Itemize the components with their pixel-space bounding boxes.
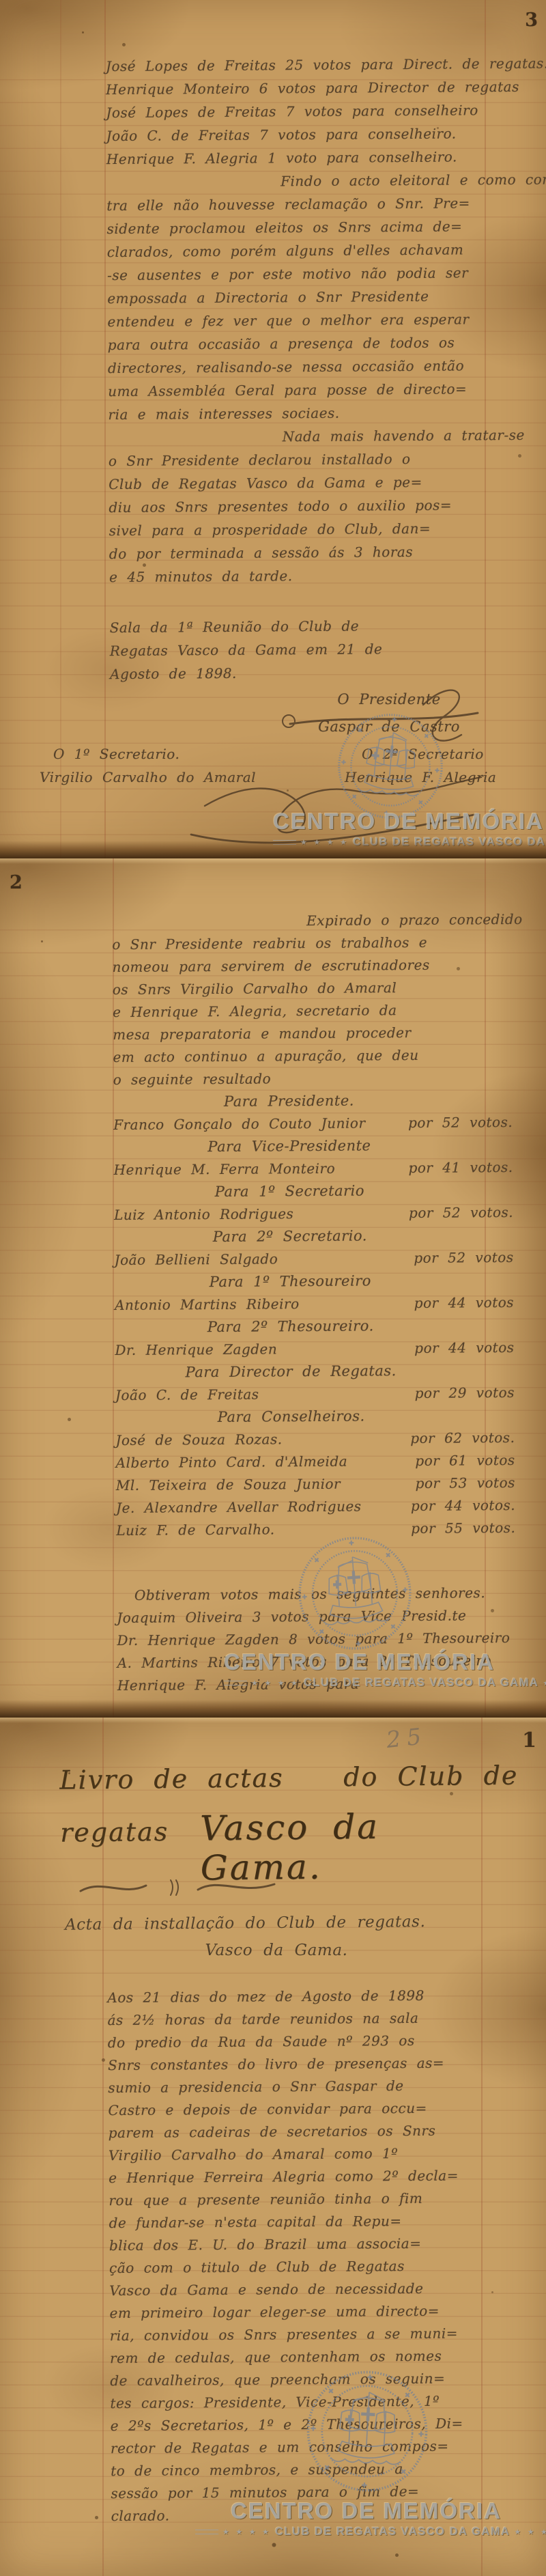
page-1: 25 1 Livro de actas do Club de regatas V… [0,1718,546,2576]
manuscript-line: Para 2º Secretario. [114,1224,513,1249]
manuscript-line: ção com o titulo de Club de Regatas [109,2254,519,2280]
manuscript-line: o seguinte resultado [113,1066,513,1091]
manuscript-line: e 45 minutos da tarde. [109,563,519,589]
watermark-stars-left: ★ ★ ★ ★ [222,2528,271,2536]
manuscript-line: para outra occasião a presença de todos … [108,331,517,356]
watermark-stars-left: ★ ★ ★ ★ [251,1679,300,1688]
manuscript-line: directores, realisando-se nessa occasião… [108,354,517,380]
manuscript-line: Ml. Teixeira de Souza Juniorpor 53 votos [116,1472,515,1497]
manuscript-line: e Henrique F. Alegria, secretario da [113,998,512,1024]
manuscript-line: Henrique M. Ferra Monteiropor 41 votos. [114,1156,513,1181]
paper-specks [41,940,43,942]
book-title-part1: Livro de actas [59,1763,284,1795]
page-bottom-edge [0,841,546,858]
vote-count: por 52 votos. [408,1111,513,1134]
manuscript-line: João C. de Freitaspor 29 votos [115,1382,515,1407]
vote-count: por 55 votos. [411,1517,515,1540]
manuscript-line: em acto continuo a apuração, que deu [113,1044,512,1069]
club-seal-stamp [331,707,449,825]
manuscript-line: Luiz Antonio Rodriguespor 52 votos. [114,1201,513,1227]
vote-count: por 53 votos [415,1472,515,1495]
vote-count: por 41 votos. [408,1156,513,1179]
manuscript-line: Expirado o prazo concedido [112,908,511,934]
watermark-subtitle: CLUB DE REGATAS VASCO DA GAMA [304,1677,538,1690]
manuscript-line: empossada a Directoria o Snr Presidente [107,284,517,310]
manuscript-line: Club de Regatas Vasco da Gama e pe= [109,470,518,496]
watermark-title: CENTRO DE MEMÓRIA [273,809,541,835]
pencil-annotation: 25 [385,1722,429,1753]
manuscript-line: José Lopes de Freitas 25 votos para Dire… [106,52,515,78]
manuscript-line: João Bellieni Salgadopor 52 votos [114,1246,513,1272]
manuscript-line: Snrs constantes do livro de presenças as… [108,2052,517,2077]
watermark-title: CENTRO DE MEMÓRIA [231,2498,498,2524]
manuscript-line: Aos 21 dias do mez de Agosto de 1898 [107,1984,517,2009]
manuscript-line: e Henrique Ferreira Alegria como 2º decl… [109,2164,518,2189]
manuscript-line: blica dos E. U. do Brazil uma associa= [109,2232,519,2257]
club-seal-stamp [301,2365,433,2497]
page-bottom-edge [0,1700,546,1718]
manuscript-line: Para Presidente. [113,1089,513,1114]
manuscript-line: os Snrs Virgilio Carvalho do Amaral [113,976,512,1001]
manuscript-line: Sala da 1ª Reunião do Club de [110,613,519,639]
centro-de-memoria-watermark: CENTRO DE MEMÓRIA ★ ★ ★ ★ CLUB DE REGATA… [224,1649,491,1690]
manuscript-scan: 3 José Lopes de Freitas 25 votos para Di… [0,0,546,2576]
manuscript-line: Regatas Vasco da Gama em 21 de [110,636,519,662]
manuscript-line: tra elle não houvesse reclamação o Snr. … [106,191,516,217]
manuscript-line: do predio da Rua da Saude nº 293 os [108,2029,517,2054]
acta-heading-line1: Acta da installação do Club de regatas. [65,1912,488,1933]
manuscript-line: Alberto Pinto Card. d'Almeidapor 61 voto… [116,1449,515,1474]
manuscript-line: Henrique F. Alegria 1 voto para conselhe… [106,145,516,171]
watermark-title: CENTRO DE MEMÓRIA [224,1649,491,1675]
vote-count: por 52 votos [414,1246,513,1270]
manuscript-line: clarados, como porém alguns d'elles acha… [107,238,517,264]
margin-line-left-outer [60,0,61,858]
manuscript-line: Para Conselheiros. [115,1404,515,1429]
manuscript-line: Para 1º Thesoureiro [115,1269,514,1294]
book-title-part2: do Club de [343,1760,519,1792]
acta-heading-line2: Vasco da Gama. [65,1942,488,1959]
manuscript-line: Franco Gonçalo do Couto Juniorpor 52 vot… [113,1111,513,1136]
vote-count: por 61 votos [415,1449,515,1472]
manuscript-line: em primeiro logar eleger-se uma directo= [109,2299,519,2325]
page-2: 2 Expirado o prazo concedidoo Snr Presid… [0,858,546,1718]
manuscript-line: sidente proclamou eleitos os Snrs acima … [106,214,516,240]
manuscript-line: sumio a presidencia o Snr Gaspar de [108,2074,517,2099]
page-3: 3 José Lopes de Freitas 25 votos para Di… [0,0,546,858]
vote-count: por 29 votos [415,1382,515,1405]
manuscript-text-block: José Lopes de Freitas 25 votos para Dire… [106,52,519,686]
manuscript-line: sivel para a prosperidade do Club, dan= [109,516,519,542]
manuscript-line: entendeu e fez ver que o melhor era espe… [107,307,517,333]
manuscript-line: Findo o acto eleitoral e como con= [106,168,516,194]
manuscript-line: do por terminada a sessão ás 3 horas [109,540,519,565]
manuscript-line: rou que a presente reunião tinha o fim [109,2187,518,2212]
vote-count: por 44 votos [414,1291,514,1315]
manuscript-line: Castro e depois de convidar para occu= [108,2097,517,2122]
manuscript-line: João C. de Freitas 7 votos para conselhe… [106,122,515,148]
vote-count: por 52 votos. [409,1201,513,1224]
manuscript-line: mesa preparatoria e mandou proceder [113,1021,512,1046]
watermark-rule [195,2530,218,2534]
manuscript-line: Antonio Martins Ribeiropor 44 votos [115,1291,514,1317]
manuscript-line: Dr. Henrique Zagdenpor 44 votos [115,1336,514,1362]
watermark-stars-right: ★ ★ ★ ★ [543,1679,546,1688]
manuscript-line: parem as cadeiras de secretarios os Snrs [109,2119,518,2144]
club-seal-stamp [292,1530,418,1656]
manuscript-line: Para Director de Regatas. [115,1359,515,1384]
manuscript-line: Para 1º Secretario [114,1179,513,1204]
vote-count: por 44 votos. [411,1494,515,1517]
manuscript-line: o Snr Presidente reabriu os trabalhos e [112,931,511,956]
centro-de-memoria-watermark: CENTRO DE MEMÓRIA ★ ★ ★ ★ CLUB DE REGATA… [231,2498,498,2538]
title-divider-flourish [75,1876,280,1901]
manuscript-line: José Lopes de Freitas 7 votos para conse… [106,98,515,124]
page-top-edge [0,1718,546,1723]
watermark-subtitle: CLUB DE REGATAS VASCO DA GAMA [275,2525,510,2538]
manuscript-line: -se ausentes e por este motivo não podia… [107,261,517,287]
manuscript-line: José de Souza Rozas.por 62 votos. [115,1427,515,1452]
page-top-edge [0,858,546,864]
vote-count: por 62 votos. [410,1427,515,1450]
book-title-block: Livro de actas do Club de regatas Vasco … [59,1760,519,1889]
manuscript-line: Je. Alexandre Avellar Rodriguespor 44 vo… [116,1494,515,1520]
paper-specks [82,31,84,33]
manuscript-line: ás 2½ horas da tarde reunidos na sala [107,2006,517,2032]
manuscript-line: de fundar-se n'esta capital da Repu= [109,2209,519,2235]
manuscript-line: ria, convidou os Snrs presentes a se mun… [110,2322,519,2347]
vote-count: por 44 votos [414,1336,514,1360]
manuscript-line: o Snr Presidente declarou installado o [109,447,518,473]
book-title-part3: regatas [60,1817,169,1848]
page-number: 1 [522,1728,536,1752]
manuscript-line: Vasco da Gama e sendo de necessidade [109,2277,519,2302]
manuscript-line: ria e mais interesses sociaes. [108,400,517,426]
manuscript-line: Para 2º Thesoureiro. [115,1314,514,1339]
manuscript-line: Nada mais havendo a tratar-se [109,423,518,449]
watermark-stars-right: ★ ★ ★ ★ [514,2528,546,2536]
page-number: 3 [525,10,538,31]
manuscript-line: Para Vice-Presidente [113,1134,513,1159]
manuscript-line: nomeou para servirem de escrutinadores [112,953,511,979]
manuscript-line: Henrique Monteiro 6 votos para Director … [106,75,515,101]
manuscript-line: uma Assembléa Geral para posse de direct… [108,377,517,403]
manuscript-line: Virgilio Carvalho do Amaral como 1º [109,2142,518,2167]
manuscript-line: diu aos Snrs presentes todo o auxilio po… [109,493,518,519]
page-number: 2 [10,872,23,893]
watermark-rule [224,1681,247,1685]
